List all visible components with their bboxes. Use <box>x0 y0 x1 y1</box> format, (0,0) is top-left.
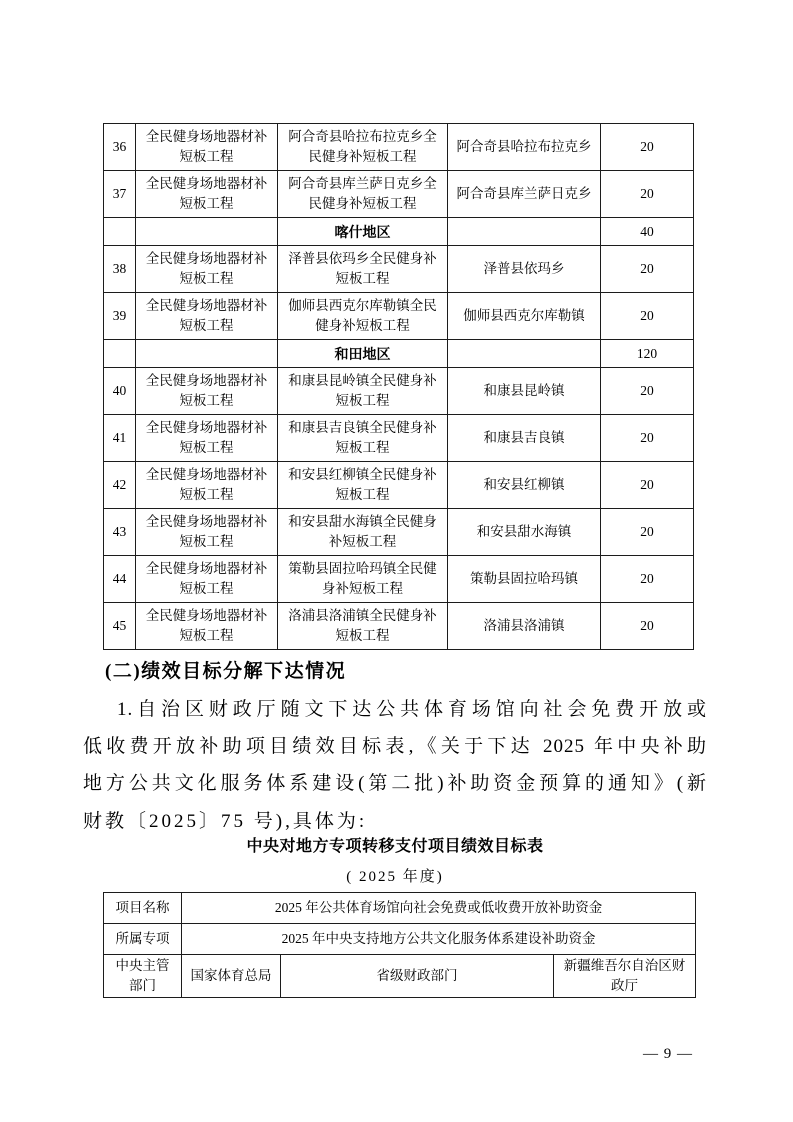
target-table-title: 中央对地方专项转移支付项目绩效目标表 <box>83 836 707 858</box>
cell-project: 泽普县依玛乡全民健身补短板工程 <box>278 246 448 293</box>
cell-location: 阿合奇县哈拉布拉克乡 <box>448 124 601 171</box>
cell-region-name: 和田地区 <box>278 340 448 368</box>
cell-location: 伽师县西克尔库勒镇 <box>448 293 601 340</box>
page-number: — 9 — <box>593 1044 693 1064</box>
cell-project: 伽师县西克尔库勒镇全民健身补短板工程 <box>278 293 448 340</box>
cell-location: 策勒县固拉哈玛镇 <box>448 556 601 603</box>
cell-location <box>448 218 601 246</box>
paragraph-line: 低收费开放补助项目绩效目标表,《关于下达 2025 年中央补助 <box>83 728 707 765</box>
cell-project: 和康县吉良镇全民健身补短板工程 <box>278 415 448 462</box>
cell-location: 洛浦县洛浦镇 <box>448 603 601 650</box>
cell-location: 和安县红柳镇 <box>448 462 601 509</box>
cell-amount: 20 <box>601 124 694 171</box>
cell-amount: 20 <box>601 368 694 415</box>
document-page: 36全民健身场地器材补短板工程阿合奇县哈拉布拉克乡全民健身补短板工程阿合奇县哈拉… <box>0 0 793 1122</box>
table-row: 38全民健身场地器材补短板工程泽普县依玛乡全民健身补短板工程泽普县依玛乡20 <box>104 246 694 293</box>
cell-project: 和安县甜水海镇全民健身补短板工程 <box>278 509 448 556</box>
cell-amount: 120 <box>601 340 694 368</box>
cell-location: 和康县吉良镇 <box>448 415 601 462</box>
table-row: 中央主管部门 国家体育总局 省级财政部门 新疆维吾尔自治区财政厅 <box>104 955 696 998</box>
cell-seq: 40 <box>104 368 136 415</box>
cell-amount: 20 <box>601 246 694 293</box>
cell-category: 全民健身场地器材补短板工程 <box>136 124 278 171</box>
parent-program-value: 2025 年中央支持地方公共文化服务体系建设补助资金 <box>182 924 696 955</box>
table-row: 44全民健身场地器材补短板工程策勒县固拉哈玛镇全民健身补短板工程策勒县固拉哈玛镇… <box>104 556 694 603</box>
target-table-subtitle: ( 2025 年度) <box>83 866 707 888</box>
cell-category: 全民健身场地器材补短板工程 <box>136 509 278 556</box>
project-name-value: 2025 年公共体育场馆向社会免费或低收费开放补助资金 <box>182 893 696 924</box>
cell-seq: 39 <box>104 293 136 340</box>
allocation-table: 36全民健身场地器材补短板工程阿合奇县哈拉布拉克乡全民健身补短板工程阿合奇县哈拉… <box>103 123 694 650</box>
cell-amount: 40 <box>601 218 694 246</box>
cell-project: 策勒县固拉哈玛镇全民健身补短板工程 <box>278 556 448 603</box>
table-row: 37全民健身场地器材补短板工程阿合奇县库兰萨日克乡全民健身补短板工程阿合奇县库兰… <box>104 171 694 218</box>
paragraph-line: 1.自治区财政厅随文下达公共体育场馆向社会免费开放或 <box>83 691 707 728</box>
cell-seq: 41 <box>104 415 136 462</box>
cell-category: 全民健身场地器材补短板工程 <box>136 293 278 340</box>
table-row: 42全民健身场地器材补短板工程和安县红柳镇全民健身补短板工程和安县红柳镇20 <box>104 462 694 509</box>
cell-amount: 20 <box>601 293 694 340</box>
cell-project: 洛浦县洛浦镇全民健身补短板工程 <box>278 603 448 650</box>
cell-category: 全民健身场地器材补短板工程 <box>136 246 278 293</box>
allocation-table-body: 36全民健身场地器材补短板工程阿合奇县哈拉布拉克乡全民健身补短板工程阿合奇县哈拉… <box>104 124 694 650</box>
table-row: 36全民健身场地器材补短板工程阿合奇县哈拉布拉克乡全民健身补短板工程阿合奇县哈拉… <box>104 124 694 171</box>
cell-location: 泽普县依玛乡 <box>448 246 601 293</box>
paragraph-line: 财教〔2025〕75 号),具体为: <box>83 803 707 840</box>
table-row: 所属专项 2025 年中央支持地方公共文化服务体系建设补助资金 <box>104 924 696 955</box>
cell-category <box>136 340 278 368</box>
cell-amount: 20 <box>601 462 694 509</box>
cell-seq: 43 <box>104 509 136 556</box>
cell-project: 和康县昆岭镇全民健身补短板工程 <box>278 368 448 415</box>
cell-seq: 38 <box>104 246 136 293</box>
cell-category: 全民健身场地器材补短板工程 <box>136 462 278 509</box>
table-row: 40全民健身场地器材补短板工程和康县昆岭镇全民健身补短板工程和康县昆岭镇20 <box>104 368 694 415</box>
cell-location <box>448 340 601 368</box>
table-row: 和田地区120 <box>104 340 694 368</box>
provincial-finance-label: 省级财政部门 <box>281 955 554 998</box>
cell-location: 和康县昆岭镇 <box>448 368 601 415</box>
cell-category: 全民健身场地器材补短板工程 <box>136 556 278 603</box>
cell-category <box>136 218 278 246</box>
row-label: 项目名称 <box>104 893 182 924</box>
table-row: 39全民健身场地器材补短板工程伽师县西克尔库勒镇全民健身补短板工程伽师县西克尔库… <box>104 293 694 340</box>
cell-seq: 36 <box>104 124 136 171</box>
central-authority-value: 国家体育总局 <box>182 955 281 998</box>
cell-amount: 20 <box>601 171 694 218</box>
cell-project: 和安县红柳镇全民健身补短板工程 <box>278 462 448 509</box>
cell-seq: 45 <box>104 603 136 650</box>
body-paragraph: 1.自治区财政厅随文下达公共体育场馆向社会免费开放或 低收费开放补助项目绩效目标… <box>83 691 707 840</box>
cell-amount: 20 <box>601 509 694 556</box>
cell-seq <box>104 218 136 246</box>
cell-category: 全民健身场地器材补短板工程 <box>136 368 278 415</box>
cell-seq: 42 <box>104 462 136 509</box>
cell-project: 阿合奇县哈拉布拉克乡全民健身补短板工程 <box>278 124 448 171</box>
section-heading: (二)绩效目标分解下达情况 <box>83 658 707 686</box>
table-row: 43全民健身场地器材补短板工程和安县甜水海镇全民健身补短板工程和安县甜水海镇20 <box>104 509 694 556</box>
cell-seq <box>104 340 136 368</box>
cell-seq: 37 <box>104 171 136 218</box>
cell-category: 全民健身场地器材补短板工程 <box>136 603 278 650</box>
row-label: 所属专项 <box>104 924 182 955</box>
table-row: 项目名称 2025 年公共体育场馆向社会免费或低收费开放补助资金 <box>104 893 696 924</box>
table-row: 45全民健身场地器材补短板工程洛浦县洛浦镇全民健身补短板工程洛浦县洛浦镇20 <box>104 603 694 650</box>
cell-seq: 44 <box>104 556 136 603</box>
table-row: 41全民健身场地器材补短板工程和康县吉良镇全民健身补短板工程和康县吉良镇20 <box>104 415 694 462</box>
cell-amount: 20 <box>601 415 694 462</box>
paragraph-line: 地方公共文化服务体系建设(第二批)补助资金预算的通知》(新 <box>83 765 707 802</box>
table-row: 喀什地区40 <box>104 218 694 246</box>
provincial-finance-value: 新疆维吾尔自治区财政厅 <box>554 955 696 998</box>
cell-region-name: 喀什地区 <box>278 218 448 246</box>
cell-amount: 20 <box>601 556 694 603</box>
cell-amount: 20 <box>601 603 694 650</box>
target-table: 项目名称 2025 年公共体育场馆向社会免费或低收费开放补助资金 所属专项 20… <box>103 892 696 998</box>
cell-location: 阿合奇县库兰萨日克乡 <box>448 171 601 218</box>
cell-project: 阿合奇县库兰萨日克乡全民健身补短板工程 <box>278 171 448 218</box>
cell-category: 全民健身场地器材补短板工程 <box>136 415 278 462</box>
cell-category: 全民健身场地器材补短板工程 <box>136 171 278 218</box>
row-label: 中央主管部门 <box>104 955 182 998</box>
cell-location: 和安县甜水海镇 <box>448 509 601 556</box>
